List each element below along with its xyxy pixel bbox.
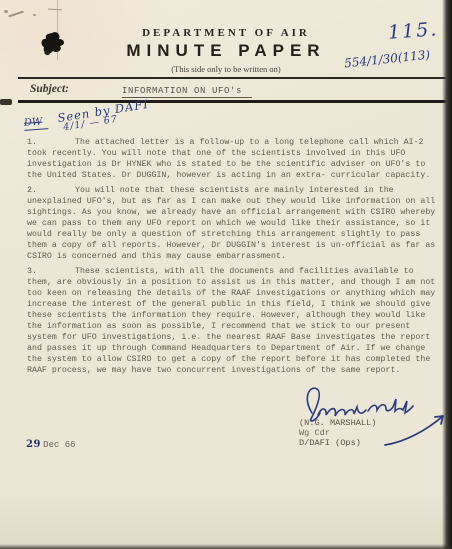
paragraph-1: 1. The attached letter is a follow-up to… [27, 137, 442, 181]
signatory-rank: Wg Cdr [299, 428, 330, 438]
signatory-name: (N.G. MARSHALL) [299, 418, 376, 428]
paragraph-text: These scientists, with all the documents… [27, 266, 442, 376]
subject-value: INFORMATION ON UFO's [122, 86, 252, 98]
paragraph-number: 3. [27, 266, 37, 277]
header-instruction: (This side only to be written on) [0, 64, 452, 74]
scan-edge-right [442, 0, 452, 549]
paragraph-number: 1. [27, 137, 37, 148]
paragraph-3: 3. These scientists, with all the docume… [27, 266, 442, 376]
paragraph-2: 2. You will note that these scientists a… [27, 185, 442, 262]
subject-label: Subject: [30, 83, 69, 95]
paragraph-number: 2. [27, 185, 37, 196]
struck-initials-handwritten: DW [24, 116, 49, 131]
pencil-mark [48, 9, 62, 11]
document-title: MINUTE PAPER [0, 41, 452, 61]
horizontal-rule-bottom [18, 100, 447, 103]
minute-paper-document: 115. 554/1/30(113) DEPARTMENT OF AIR MIN… [0, 0, 452, 549]
department-heading: DEPARTMENT OF AIR [0, 27, 452, 39]
date-day-handwritten: 29 [26, 439, 41, 450]
pencil-mark [33, 14, 36, 16]
horizontal-rule-top [18, 77, 447, 79]
signatory-position: D/DAFI (Ops) [299, 438, 361, 448]
scan-edge-bottom [0, 544, 452, 549]
paragraph-text: You will note that these scientists are … [27, 185, 442, 262]
pencil-mark [8, 11, 24, 17]
date-month-year: Dec 66 [43, 440, 75, 450]
ink-smudge [0, 99, 12, 105]
pencil-mark [4, 10, 8, 13]
paragraph-text: The attached letter is a follow-up to a … [27, 137, 442, 181]
date-line: 29 Dec 66 [26, 439, 76, 450]
